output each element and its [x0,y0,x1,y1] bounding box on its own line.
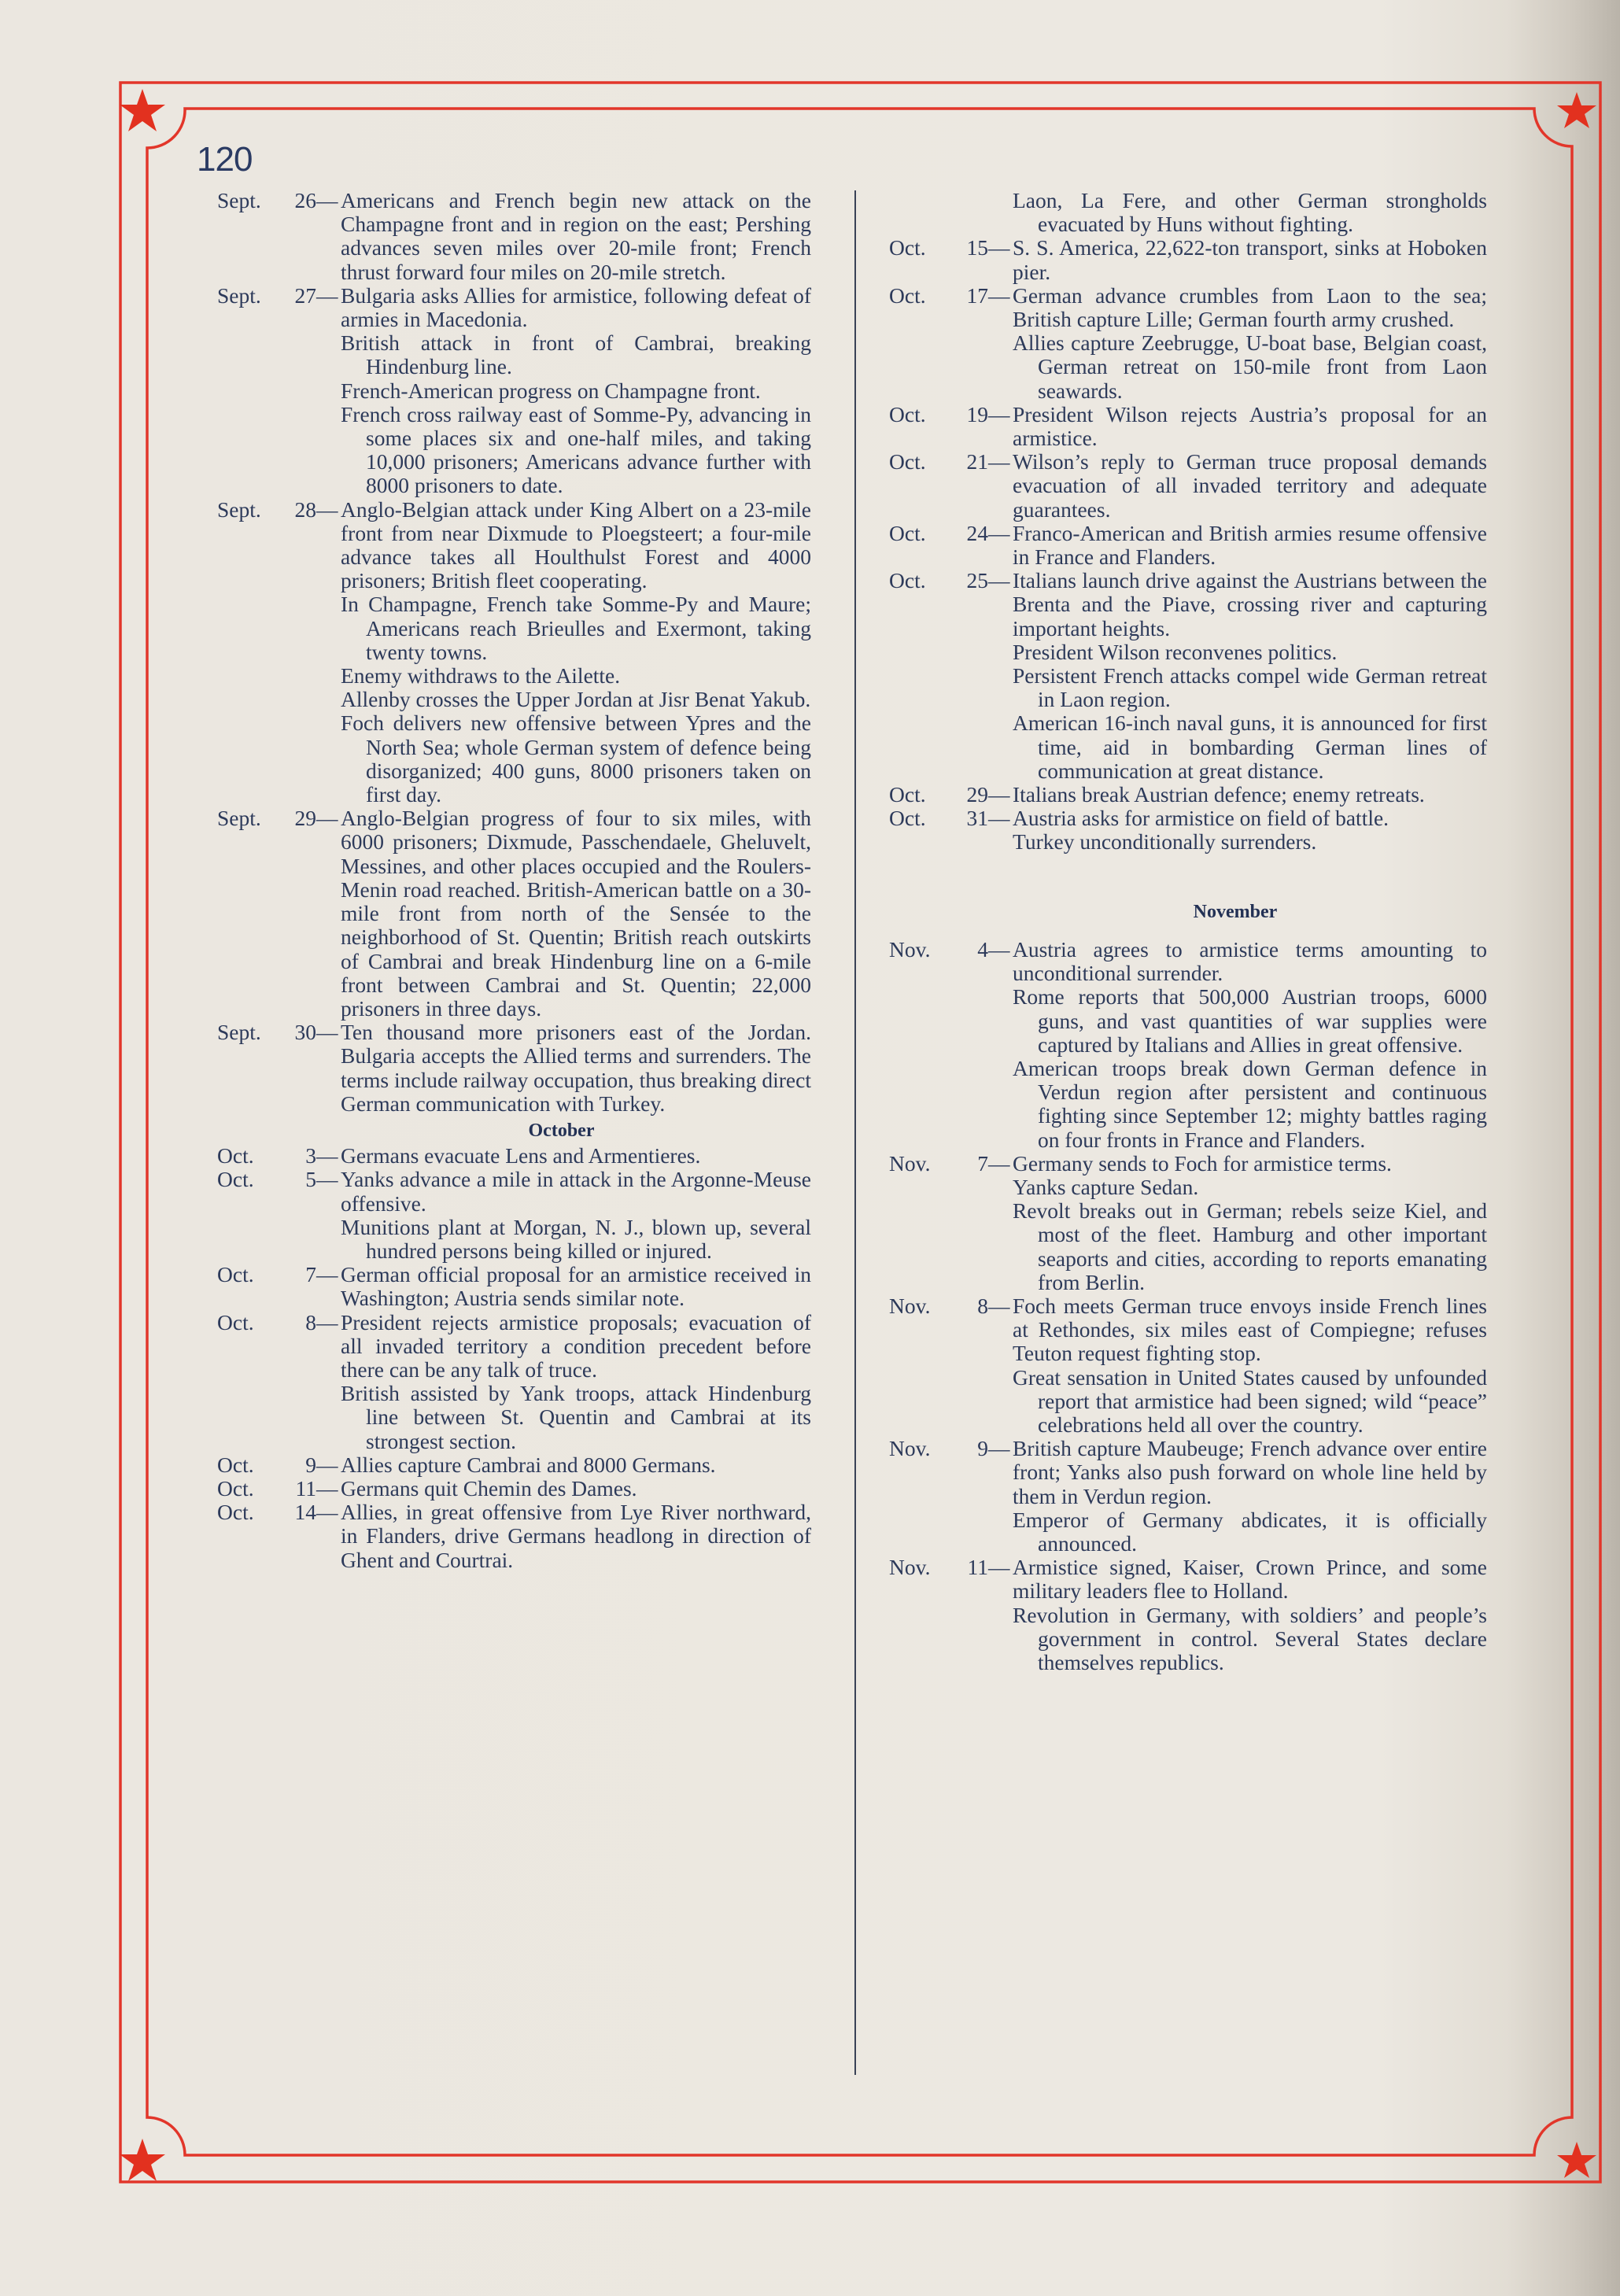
chronology-entry-nov-11: Nov.11— Armistice signed, Kaiser, Crown … [889,1556,1487,1603]
sub-entry: Turkey unconditionally surrenders. [889,830,1487,854]
entry-text: Wilson’s reply to German truce proposal … [1013,450,1487,522]
entry-date: Nov.11— [889,1556,1013,1579]
chronology-entry-sept-26: Sept.26— Americans and French begin new … [217,189,811,284]
star-icon [1557,92,1596,128]
chronology-entry-sept-29: Sept.29— Anglo-Belgian progress of four … [217,807,811,1021]
chronology-entry-oct-11: Oct.11— Germans quit Chemin des Dames. [217,1477,811,1501]
sub-entry: French cross railway east of Somme-Py, a… [217,403,811,498]
sub-entry: Foch delivers new offensive between Ypre… [217,711,811,807]
star-icon [120,2139,165,2181]
sub-entry: Revolution in Germany, with soldiers’ an… [889,1604,1487,1675]
chronology-entry-oct-21: Oct.21— Wilson’s reply to German truce p… [889,450,1487,522]
chronology-entry-oct-25: Oct.25— Italians launch drive against th… [889,569,1487,640]
continued-entry-oct-14: Laon, La Fere, and other German strongho… [889,189,1487,236]
entry-text: British capture Maubeuge; French advance… [1013,1437,1487,1508]
entry-date: Oct.25— [889,569,1013,592]
chronology-entry-oct-19: Oct.19— President Wilson rejects Austria… [889,403,1487,450]
entry-date: Oct.24— [889,522,1013,545]
entry-text: Americans and French begin new attack on… [341,189,811,284]
column-divider [854,190,856,2075]
entry-date: Sept.26— [217,189,341,212]
entry-date: Oct.29— [889,783,1013,807]
entry-date: Oct.19— [889,403,1013,426]
entry-text: Bulgaria asks Allies for armistice, foll… [341,284,811,331]
sub-entry: Munitions plant at Morgan, N. J., blown … [217,1216,811,1263]
chronology-entry-sept-30: Sept.30— Ten thousand more prisoners eas… [217,1021,811,1116]
sub-entry: Rome reports that 500,000 Austrian troop… [889,985,1487,1057]
sub-entry: American 16-inch naval guns, it is annou… [889,711,1487,783]
entry-text: Franco-American and British armies resum… [1013,522,1487,569]
sub-entry: Revolt breaks out in German; rebels seiz… [889,1199,1487,1294]
sub-entry: British assisted by Yank troops, attack … [217,1382,811,1453]
entry-date: Oct.17— [889,284,1013,308]
entry-text: Ten thousand more prisoners east of the … [341,1021,811,1116]
entry-text: German official proposal for an armistic… [341,1263,811,1310]
sub-entry: American troops break down German defenc… [889,1057,1487,1152]
entry-text: Anglo-Belgian attack under King Albert o… [341,498,811,593]
entry-date: Oct.21— [889,450,1013,474]
entry-date: Nov.9— [889,1437,1013,1460]
chronology-entry-oct-5: Oct.5— Yanks advance a mile in attack in… [217,1168,811,1215]
entry-text: Germans quit Chemin des Dames. [341,1477,811,1501]
month-heading-october: October [217,1119,811,1142]
chronology-entry-sept-27: Sept.27— Bulgaria asks Allies for armist… [217,284,811,331]
entry-text: Germany sends to Foch for armistice term… [1013,1152,1487,1176]
entry-text: Yanks advance a mile in attack in the Ar… [341,1168,811,1215]
entry-date: Oct.8— [217,1311,341,1334]
chronology-entry-oct-24: Oct.24— Franco-American and British armi… [889,522,1487,569]
chronology-entry-nov-7: Nov.7— Germany sends to Foch for armisti… [889,1152,1487,1176]
entry-date: Oct.9— [217,1453,341,1477]
entry-date: Nov.8— [889,1294,1013,1318]
entry-date: Nov.4— [889,938,1013,962]
entry-text: Foch meets German truce envoys inside Fr… [1013,1294,1487,1366]
entry-text: German advance crumbles from Laon to the… [1013,284,1487,331]
entry-date: Sept.27— [217,284,341,308]
sub-entry: Allenby crosses the Upper Jordan at Jisr… [217,688,811,711]
chronology-entry-oct-7: Oct.7— German official proposal for an a… [217,1263,811,1310]
entry-date: Oct.7— [217,1263,341,1286]
page-number: 120 [197,140,252,179]
chronology-entry-sept-28: Sept.28— Anglo-Belgian attack under King… [217,498,811,593]
entry-date: Sept.28— [217,498,341,522]
sub-entry: Emperor of Germany abdicates, it is offi… [889,1508,1487,1556]
chronology-entry-nov-9: Nov.9— British capture Maubeuge; French … [889,1437,1487,1508]
chronology-entry-oct-14: Oct.14— Allies, in great offensive from … [217,1501,811,1572]
sub-entry: In Champagne, French take Somme-Py and M… [217,592,811,664]
entry-text: Italians launch drive against the Austri… [1013,569,1487,640]
entry-text: Austria agrees to armistice terms amount… [1013,938,1487,985]
chronology-entry-oct-31: Oct.31— Austria asks for armistice on fi… [889,807,1487,830]
entry-date: Sept.30— [217,1021,341,1044]
entry-text: President rejects armistice proposals; e… [341,1311,811,1382]
entry-text: Allies, in great offensive from Lye Rive… [341,1501,811,1572]
entry-date: Oct.5— [217,1168,341,1191]
chronology-entry-oct-9: Oct.9— Allies capture Cambrai and 8000 G… [217,1453,811,1477]
entry-text: S. S. America, 22,622-ton transport, sin… [1013,236,1487,283]
entry-date: Sept.29— [217,807,341,830]
entry-text: Austria asks for armistice on field of b… [1013,807,1487,830]
entry-text: Allies capture Cambrai and 8000 Germans. [341,1453,811,1477]
sub-entry: Enemy withdraws to the Ailette. [217,664,811,688]
chronology-entry-nov-8: Nov.8— Foch meets German truce envoys in… [889,1294,1487,1366]
month-heading-november: November [889,900,1487,924]
entry-date: Oct.31— [889,807,1013,830]
left-column: Sept.26— Americans and French begin new … [217,189,811,1572]
star-icon [120,89,165,131]
chronology-entry-oct-17: Oct.17— German advance crumbles from Lao… [889,284,1487,331]
entry-text: Anglo-Belgian progress of four to six mi… [341,807,811,1021]
chronology-entry-oct-8: Oct.8— President rejects armistice propo… [217,1311,811,1382]
entry-date: Oct.3— [217,1144,341,1168]
chronology-entry-oct-15: Oct.15— S. S. America, 22,622-ton transp… [889,236,1487,283]
right-column: Laon, La Fere, and other German strongho… [889,189,1487,1674]
sub-entry: British attack in front of Cambrai, brea… [217,331,811,378]
entry-date: Oct.15— [889,236,1013,260]
entry-text: President Wilson rejects Austria’s propo… [1013,403,1487,450]
sub-entry: Persistent French attacks compel wide Ge… [889,664,1487,711]
entry-text: Germans evacuate Lens and Armentieres. [341,1144,811,1168]
sub-entry: Great sensation in United States caused … [889,1366,1487,1438]
entry-date: Oct.14— [217,1501,341,1524]
chronology-entry-nov-4: Nov.4— Austria agrees to armistice terms… [889,938,1487,985]
sub-entry: Yanks capture Sedan. [889,1176,1487,1199]
sub-entry: President Wilson reconvenes politics. [889,640,1487,664]
sub-entry: French-American progress on Champagne fr… [217,379,811,403]
sub-entry: Allies capture Zeebrugge, U-boat base, B… [889,331,1487,403]
chronology-entry-oct-3: Oct.3— Germans evacuate Lens and Armenti… [217,1144,811,1168]
star-icon [1557,2142,1596,2178]
chronology-entry-oct-29: Oct.29— Italians break Austrian defence;… [889,783,1487,807]
entry-text: Italians break Austrian defence; enemy r… [1013,783,1487,807]
entry-date: Oct.11— [217,1477,341,1501]
entry-text: Armistice signed, Kaiser, Crown Prince, … [1013,1556,1487,1603]
entry-date: Nov.7— [889,1152,1013,1176]
